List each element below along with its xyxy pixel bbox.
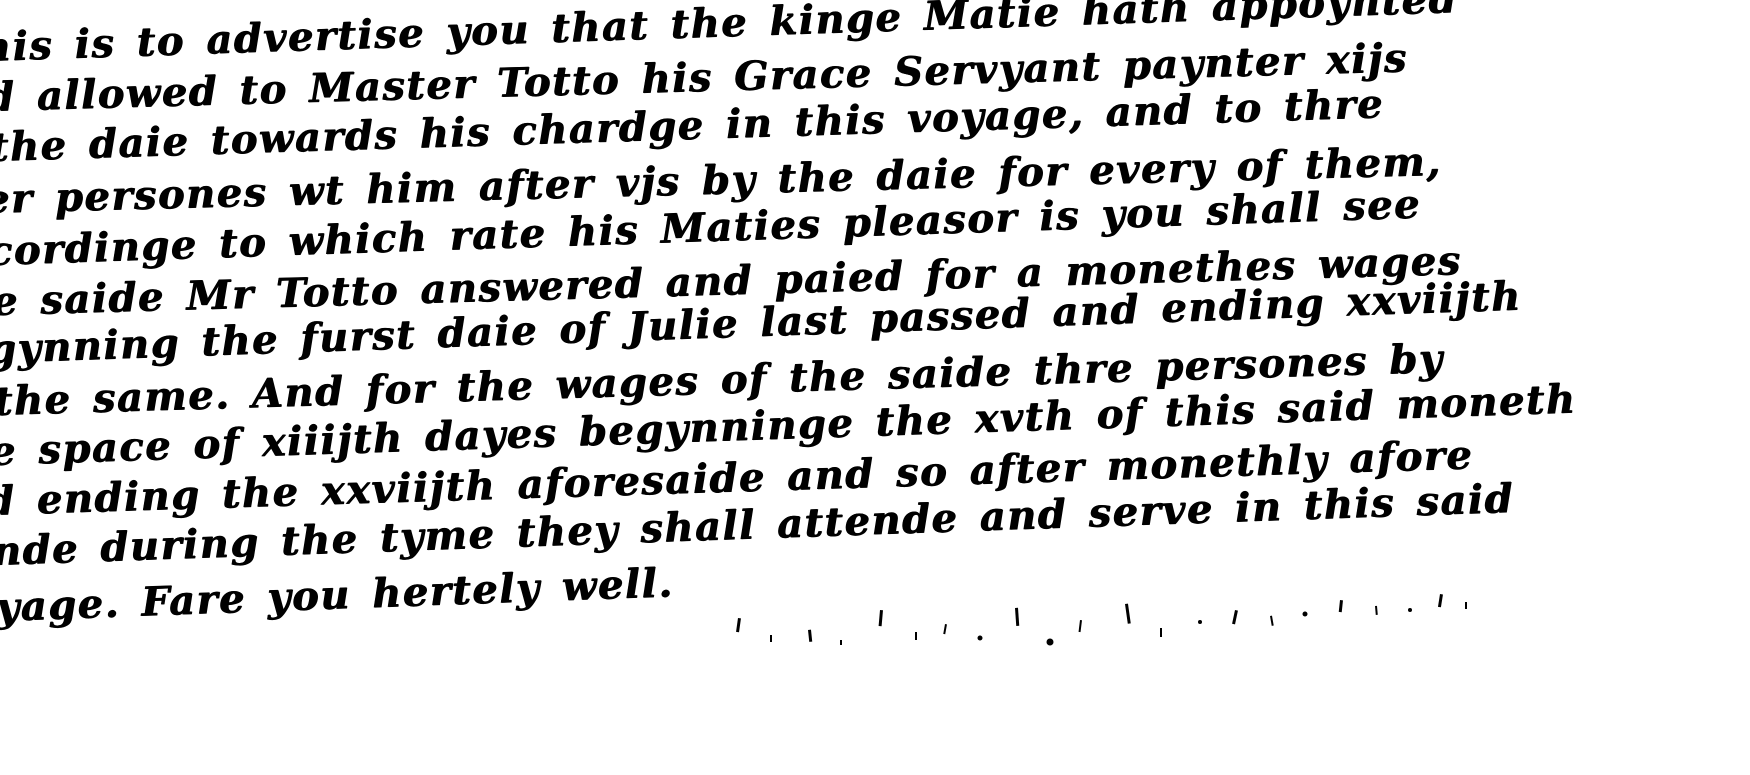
signature-remnant-speckles xyxy=(730,580,1490,690)
manuscript-line: yage. Fare you hertely well. xyxy=(0,563,674,628)
manuscript-page: his is to advertise you that the kinge M… xyxy=(0,0,1750,775)
